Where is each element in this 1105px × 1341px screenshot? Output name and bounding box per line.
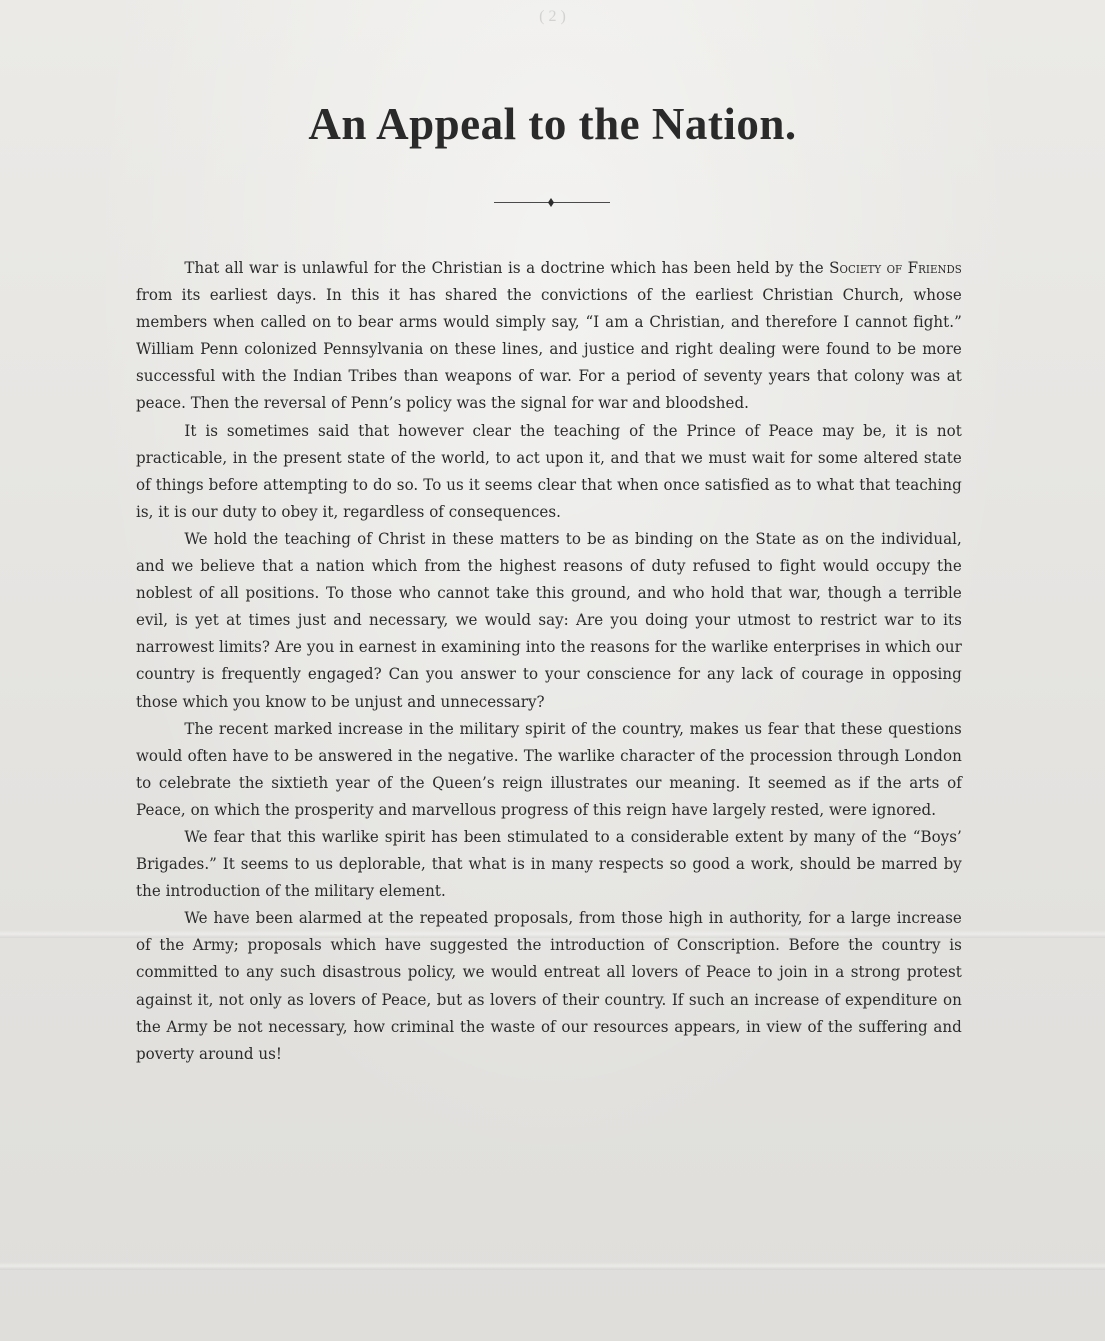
paragraph-3: We hold the teaching of Christ in these … [136,525,962,715]
paragraph-1-pre: That all war is unlawful for the Christi… [184,258,829,277]
paragraph-1: That all war is unlawful for the Christi… [136,254,962,417]
society-of-friends: Society of Friends [829,258,962,277]
body-text: That all war is unlawful for the Christi… [136,254,962,1067]
paper-fold [0,1262,1105,1270]
paragraph-4: The recent marked increase in the milita… [136,715,962,823]
paragraph-2: It is sometimes said that however clear … [136,417,962,525]
ornament-divider [494,198,610,208]
paragraph-1-post: from its earliest days. In this it has s… [136,285,962,412]
paragraph-5: We fear that this warlike spirit has bee… [136,823,962,904]
diamond-icon [548,198,554,207]
paragraph-6: We have been alarmed at the repeated pro… [136,904,962,1067]
document-page: ( 2 ) An Appeal to the Nation. That all … [0,0,1105,1341]
page-title: An Appeal to the Nation. [0,98,1105,150]
page-number: ( 2 ) [0,8,1105,26]
